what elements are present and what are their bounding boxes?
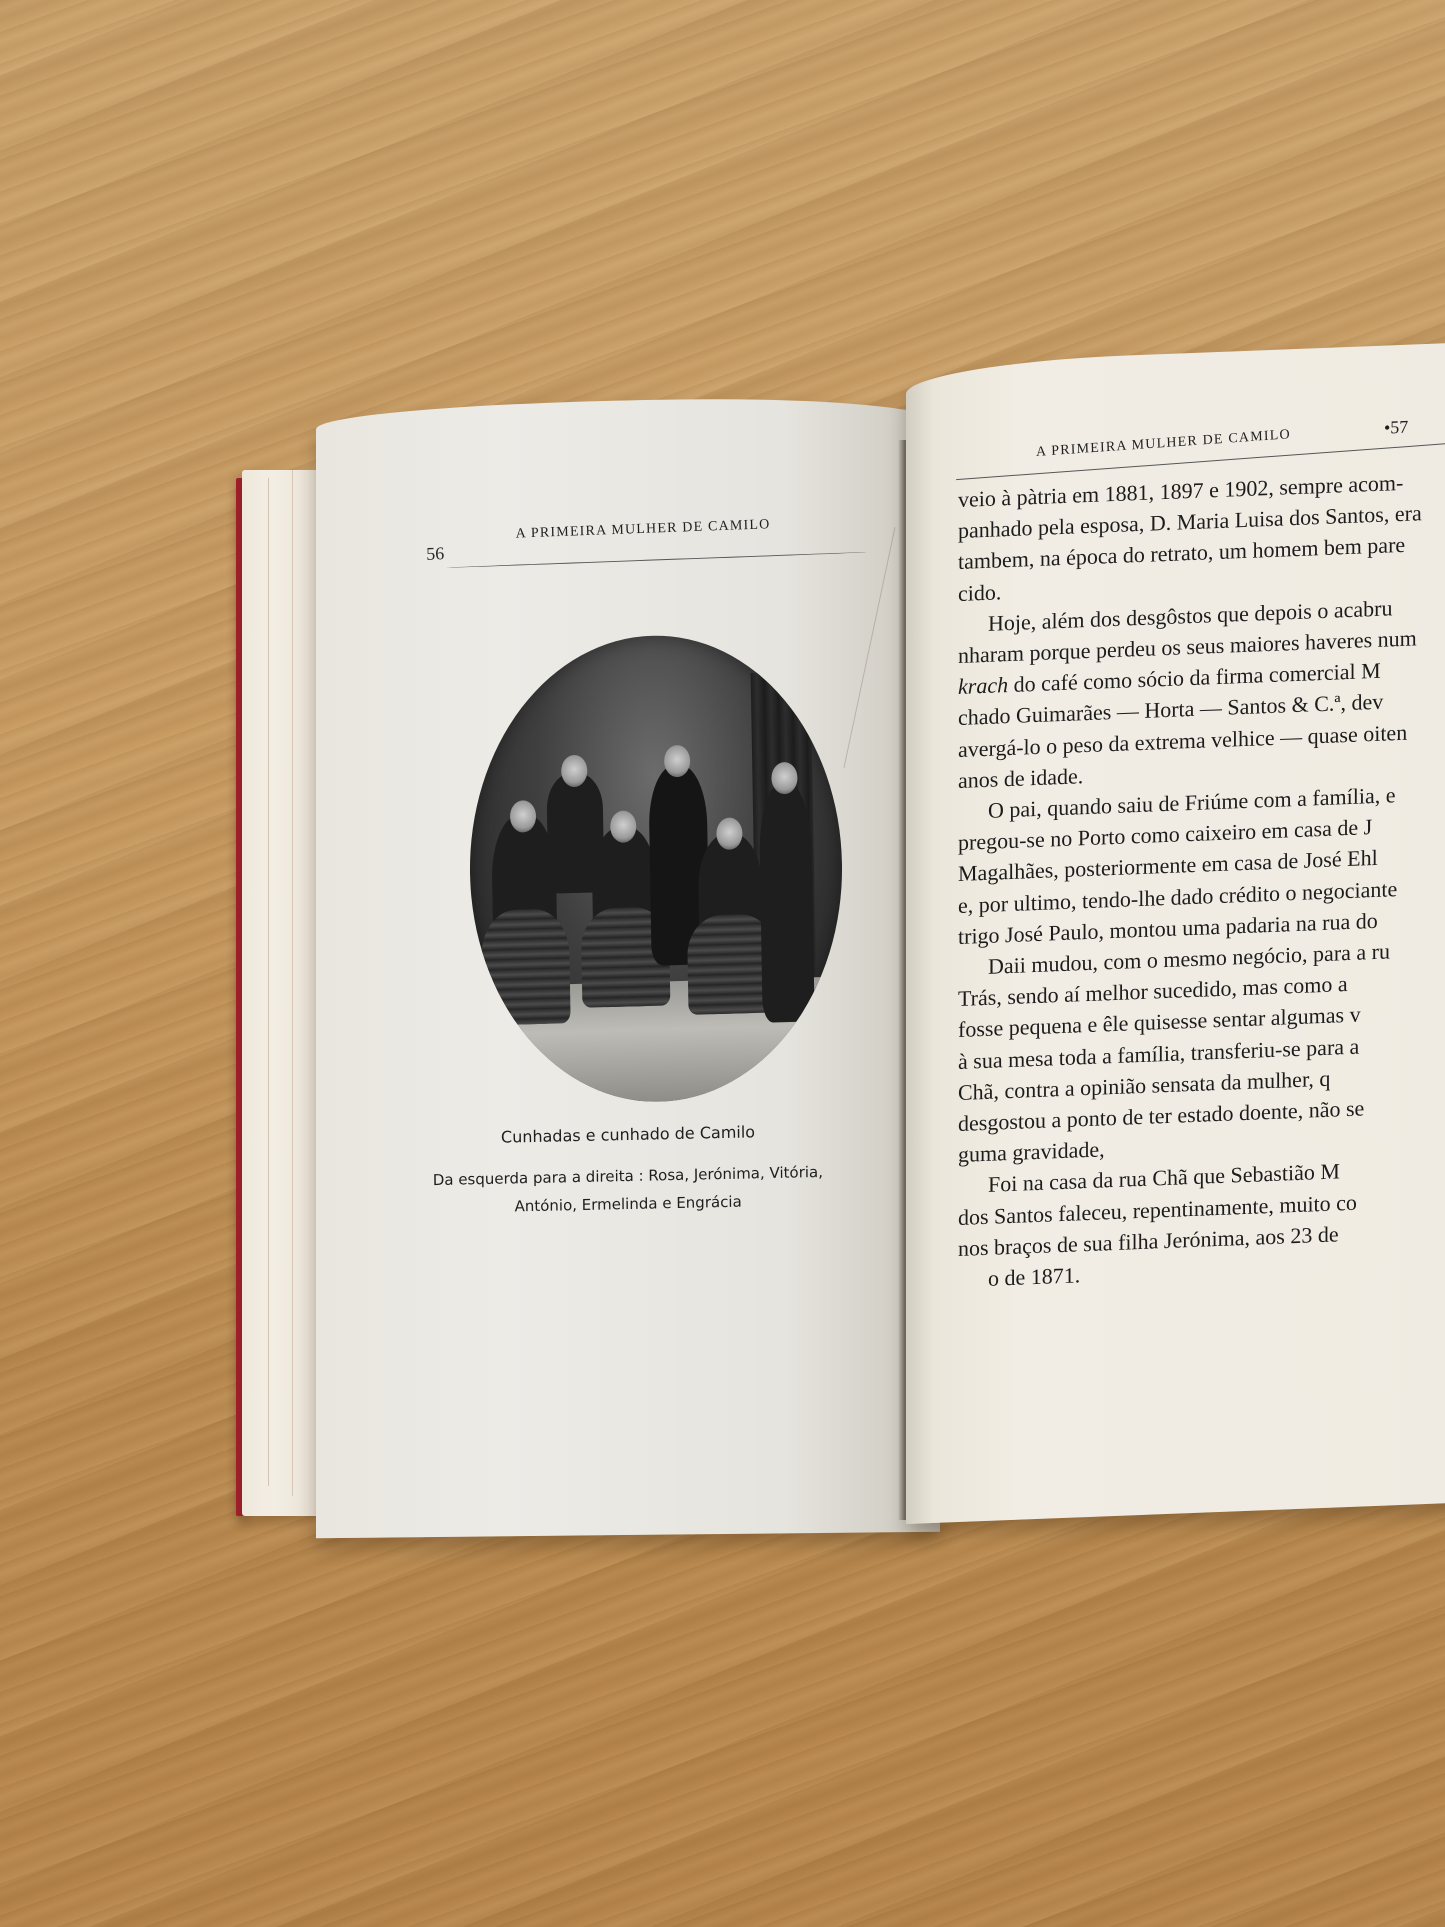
right-page-header: A PRIMEIRA MULHER DE CAMILO •57	[936, 406, 1445, 477]
left-page: 56 A PRIMEIRA MULHER DE CAMILO Cunhadas …	[316, 397, 940, 1539]
figure-ermelinda	[697, 833, 764, 1015]
figure-vitoria	[591, 826, 658, 1008]
body-text: veio à pàtria em 1881, 1897 e 1902, semp…	[958, 461, 1445, 1295]
italic-word-krach: krach	[958, 672, 1008, 699]
running-head-right: A PRIMEIRA MULHER DE CAMILO	[1036, 427, 1291, 461]
group-portrait-photo	[466, 631, 846, 1107]
header-rule-left	[447, 552, 867, 568]
photo-caption-title: Cunhadas e cunhado de Camilo	[316, 1118, 940, 1150]
page-number-right: •57	[1384, 417, 1408, 439]
book-page-stack	[242, 470, 322, 1516]
figure-engracia	[759, 781, 815, 1022]
page-number-left: 56	[426, 543, 445, 565]
left-page-header: 56 A PRIMEIRA MULHER DE CAMILO	[426, 514, 867, 570]
page-fold-crease	[803, 527, 895, 768]
right-page: A PRIMEIRA MULHER DE CAMILO •57 veio à p…	[906, 342, 1445, 1524]
photo-caption-description: Da esquerda para a direita : Rosa, Jerón…	[356, 1156, 901, 1223]
running-head-left: A PRIMEIRA MULHER DE CAMILO	[516, 517, 771, 542]
